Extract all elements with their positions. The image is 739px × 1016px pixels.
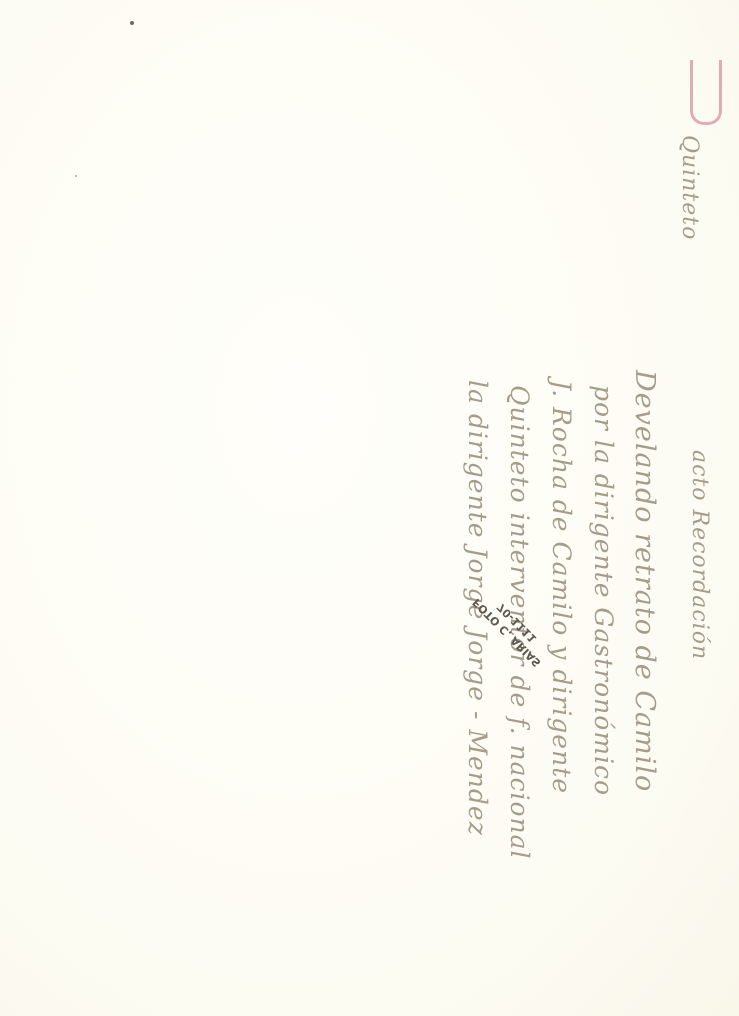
speck [75,175,77,177]
note-line-3: J. Rocha de Camilo y dirigente [547,380,576,794]
heading: acto Recordación [687,450,712,660]
margin-label: Quinteto [677,135,702,240]
pink-mark [690,60,722,125]
note-line-1: Develando retrato de Camilo [629,370,660,792]
speck [130,21,134,25]
note-line-2: por la dirigente Gastronómico [589,385,618,796]
